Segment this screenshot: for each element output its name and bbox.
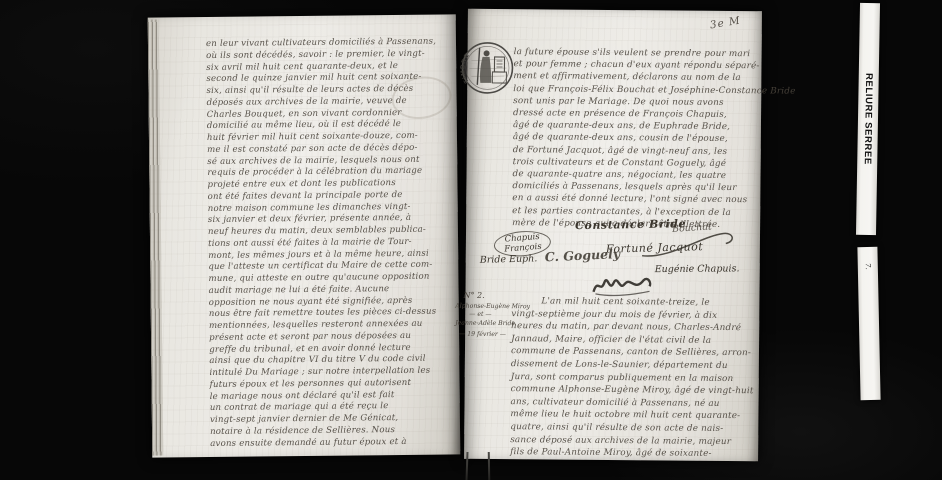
bookmark-thread (466, 452, 469, 480)
handwritten-line: fils de Paul-Antoine Miroy, âgé de soixa… (510, 446, 750, 461)
margin-date: — 19 février — (459, 329, 515, 338)
archival-scan-viewport: en leur vivant cultivateurs domiciliés à… (0, 0, 942, 480)
margin-bride-name: Jeanne-Adèle Bride (455, 318, 515, 327)
register-right-page: 3e M TIMBRE (464, 9, 762, 462)
act-number: N° 2. (463, 292, 517, 301)
handwritten-line: avons ensuite demandé au futur époux et … (210, 436, 452, 450)
act1-handwritten-text: la future épouse s'ils veulent se prendr… (512, 46, 754, 231)
act2-handwritten-text: L'an mil huit cent soixante-treize, levi… (510, 295, 751, 461)
strip-label: RELIURE SERREE (862, 73, 875, 165)
signature-goguely: C. Goguely (545, 246, 621, 264)
register-left-page: en leur vivant cultivateurs domiciliés à… (148, 14, 461, 457)
strip-handwritten-mark: 7. (864, 263, 872, 270)
archivist-strip-pages-sales: 7. (857, 247, 880, 400)
margin-groom-name: Alphonse-Eugène Miroy (455, 302, 515, 311)
signature-eugenie-chapuis: Eugénie Chapuis. (655, 263, 740, 275)
folio-number-mark: 3e M (709, 14, 742, 31)
act2-margin-note: N° 2. Alphonse-Eugène Miroy — et — Jeann… (455, 292, 517, 339)
signature-fortune-jacquot: Fortuné Jacquot (606, 240, 704, 256)
left-page-handwritten-text: en leur vivant cultivateurs domiciliés à… (206, 36, 452, 450)
archivist-strip-reliure-serree: RELIURE SERREE (856, 3, 880, 235)
signature-bride-euphrade: Bride Euph. (480, 253, 538, 266)
signature-flourish (639, 227, 740, 260)
timbre-revenue-stamp-icon: TIMBRE (459, 39, 516, 97)
